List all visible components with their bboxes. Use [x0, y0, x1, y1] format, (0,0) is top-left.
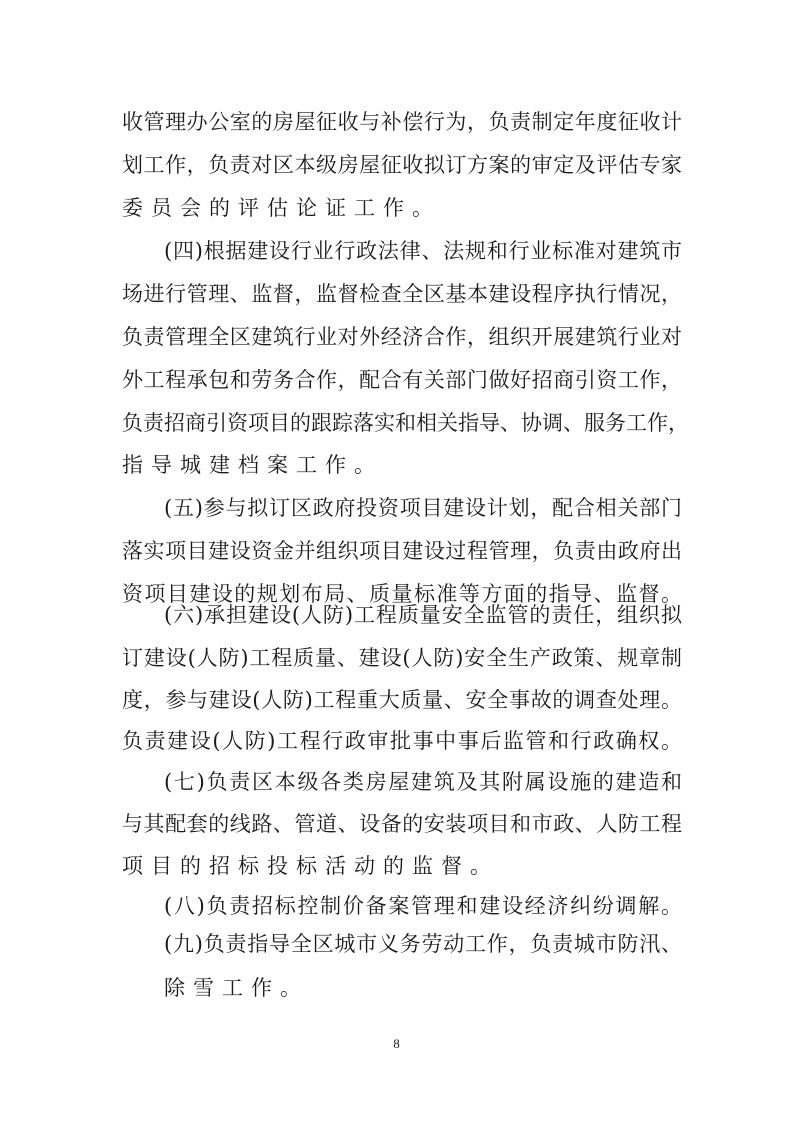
text-line: (九)负责指导全区城市义务劳动工作，负责城市防汛、: [164, 929, 682, 959]
text-line: 委员会的评估论证工作。: [122, 193, 682, 223]
text-line: (六)承担建设(人防)工程质量安全监管的责任，组织拟: [164, 600, 682, 630]
text-line: 外工程承包和劳务合作，配合有关部门做好招商引资工作，: [122, 365, 682, 395]
text-line: 划工作，负责对区本级房屋征收拟订方案的审定及评估专家: [122, 150, 682, 180]
text-line: 负责招商引资项目的跟踪落实和相关指导、协调、服务工作，: [122, 408, 682, 438]
text-line: 落实项目建设资金并组织项目建设过程管理，负责由政府出: [122, 536, 682, 566]
text-line: (五)参与拟订区政府投资项目建设计划，配合相关部门: [164, 493, 682, 523]
text-line: 度，参与建设(人防)工程重大质量、安全事故的调查处理。: [122, 685, 682, 715]
document-page: 收管理办公室的房屋征收与补偿行为，负责制定年度征收计划工作，负责对区本级房屋征收…: [0, 0, 793, 1122]
text-line: 指导城建档案工作。: [122, 450, 682, 480]
text-line: (四)根据建设行业行政法律、法规和行业标准对建筑市: [164, 236, 682, 266]
text-line: 除雪工作。: [164, 973, 682, 1003]
text-line: (七)负责区本级各类房屋建筑及其附属设施的建造和: [164, 767, 682, 797]
text-line: 负责建设(人防)工程行政审批事中事后监管和行政确权。: [122, 726, 682, 756]
text-line: (八)负责招标控制价备案管理和建设经济纠纷调解。: [164, 891, 682, 921]
text-line: 收管理办公室的房屋征收与补偿行为，负责制定年度征收计: [122, 107, 682, 137]
text-line: 负责管理全区建筑行业对外经济合作，组织开展建筑行业对: [122, 322, 682, 352]
text-line: 与其配套的线路、管道、设备的安装项目和市政、人防工程: [122, 809, 682, 839]
text-line: 订建设(人防)工程质量、建设(人防)安全生产政策、规章制: [122, 643, 682, 673]
text-line: 场进行管理、监督，监督检查全区基本建设程序执行情况，: [122, 279, 682, 309]
text-line: 项目的招标投标活动的监督。: [122, 851, 682, 881]
page-number: 8: [0, 1036, 793, 1052]
